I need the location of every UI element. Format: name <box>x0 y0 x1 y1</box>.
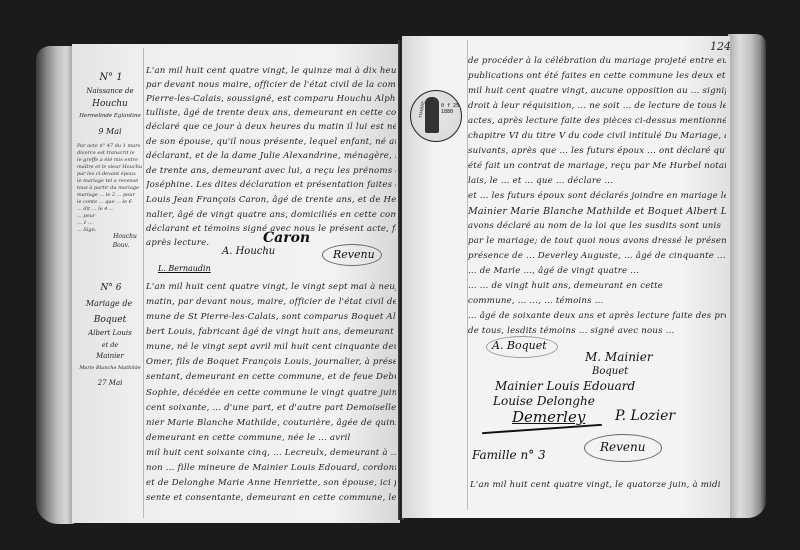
text-line: commune, ... ..., ... témoins ... <box>468 296 726 306</box>
text-line: de tous, lesdits témoins ... signé avec … <box>468 326 708 336</box>
text-line: publications ont été faites en cette com… <box>468 71 726 81</box>
entry2-date: 27 Mai <box>78 380 142 388</box>
text-line: par devant nous maire, officier de l'éta… <box>146 80 396 90</box>
text-line: lais, le ... et ... que ... déclare ... <box>468 176 726 186</box>
text-line: bert Louis, fabricant âgé de vingt huit … <box>146 327 396 337</box>
text-line: été fait un contrat de mariage, reçu par… <box>468 161 726 171</box>
text-line: Mainier Marie Blanche Mathilde et Boquet… <box>468 206 726 217</box>
text-line: mil huit cent soixante cinq, ... Lecreul… <box>146 448 396 458</box>
annotation-line: maître et le sieur Houchu <box>77 164 143 170</box>
entry1-number: N° 1 <box>80 72 142 83</box>
entry1-margin-initial: Bouv. <box>104 243 138 250</box>
entry1-margin-initial: Houchu <box>108 234 142 241</box>
text-line: mune de St Pierre-les-Calais, sont compa… <box>146 312 396 322</box>
text-line: par le mariage; de tout quoi nous avons … <box>468 236 726 246</box>
text-line: ... de Marie ..., âgé de vingt quatre ..… <box>468 266 726 276</box>
text-line: nalier, âgé de vingt quatre ans, domicil… <box>146 210 396 220</box>
text-line: Sophie, décédée en cette commune le ving… <box>146 388 396 398</box>
text-line: de trente ans, demeurant avec lui, a reç… <box>146 166 396 176</box>
text-line: après lecture. <box>146 238 226 248</box>
text-line: actes, après lecture faite des pièces ci… <box>468 116 726 126</box>
annotation-line: le greffe a été mis entre <box>77 157 143 163</box>
text-line: et ... les futurs époux sont déclarés jo… <box>468 191 726 201</box>
stamp-value: 0 f 25 1880 <box>441 103 459 115</box>
signature-mainier-louis-edouard: Mainier Louis Edouard <box>495 379 635 393</box>
text-line: demeurant en cette commune, née le ... a… <box>146 433 396 443</box>
text-line: suivants, après que ... les futurs époux… <box>468 146 726 156</box>
signature-flourish <box>584 434 662 462</box>
next-entry-start: L'an mil huit cent quatre vingt, le quat… <box>470 480 726 490</box>
annotation-line: le mariage tel a recensé <box>77 178 143 184</box>
annotation-line: mariage ... le 2 ... pour <box>77 192 143 198</box>
signature-louise-delonghe: Louise Delonghe <box>493 394 595 408</box>
text-line: nier Marie Blanche Mathilde, couturière,… <box>146 418 396 428</box>
text-line: Omer, fils de Boquet François Louis, jou… <box>146 357 396 367</box>
annotation-line: ... dit ... le 4 ... <box>77 206 143 212</box>
text-line: présence de ... Deverley Auguste, ... âg… <box>468 251 726 261</box>
text-line: sente et consentante, demeurant en cette… <box>146 493 396 503</box>
text-line: non ... fille mineure de Mainier Louis E… <box>146 463 396 473</box>
signature-flourish <box>322 244 382 266</box>
annotation-line: Par acte n° 47 du 1 mars <box>77 143 143 149</box>
signature-boquet: Boquet <box>592 366 628 377</box>
annotation-line: ... pour <box>77 213 143 219</box>
entry2-bride-surname: Mainier <box>78 353 142 361</box>
text-line: sentant, demeurant en cette commune, et … <box>146 372 396 382</box>
text-line: de son épouse, qu'il nous présente, lequ… <box>146 137 396 147</box>
signature-bernaudin: L. Bernaudin <box>158 264 211 273</box>
entry2-and: et de <box>78 342 142 349</box>
text-line: avons déclaré au nom de la loi que les s… <box>468 221 726 231</box>
text-line: mil huit cent quatre vingt, aucune oppos… <box>468 86 726 96</box>
text-line: Louis Jean François Caron, âgé de trente… <box>146 195 396 205</box>
entry2-bride-names: Marie Blanche Mathilde <box>74 366 146 372</box>
text-line: Pierre-les-Calais, soussigné, est compar… <box>146 94 396 104</box>
entry2-type: Mariage de <box>76 300 142 309</box>
stamp-year: 1880 <box>441 109 459 115</box>
entry2-groom-surname: Boquet <box>78 316 142 326</box>
entry1-surname: Houchu <box>78 100 142 110</box>
text-line: cent soixante, ... d'une part, et d'autr… <box>146 403 396 413</box>
signature-caron: Caron <box>263 230 310 246</box>
text-line: déclaré que ce jour à deux heures du mat… <box>146 122 396 132</box>
signature-p-lozier: P. Lozier <box>615 408 675 424</box>
stamp-figure-icon <box>425 97 439 133</box>
text-line: L'an mil huit cent quatre vingt, le quin… <box>146 66 396 76</box>
entry1-type: Naissance de <box>78 88 142 96</box>
book-edge-left <box>36 46 74 524</box>
text-line: Joséphine. Les dites déclaration et prés… <box>146 180 396 190</box>
signature-flourish <box>486 336 558 358</box>
tax-stamp: 0 f 25 1880 TIMBRE <box>410 90 462 142</box>
annotation-line: par les ci-devant époux <box>77 171 143 177</box>
entry2-number: N° 6 <box>80 284 142 294</box>
text-line: matin, par devant nous, maire, officier … <box>146 297 396 307</box>
text-line: déclarant, et de la dame Julie Alexandri… <box>146 151 396 161</box>
text-line: chapitre VI du titre V du code civil int… <box>468 131 726 141</box>
annotation-line: divorce est transcrit le <box>77 150 143 156</box>
text-line: tulliste, âgé de trente deux ans, demeur… <box>146 108 396 118</box>
family-note: Famille n° 3 <box>472 448 546 462</box>
book-edge-right <box>728 34 766 518</box>
text-line: de procéder à la célébration du mariage … <box>468 56 726 66</box>
text-line: ... ... de vingt huit ans, demeurant en … <box>468 281 726 291</box>
annotation-line: tous à partir du mariage <box>77 185 143 191</box>
entry1-date: 9 Mai <box>78 128 142 137</box>
signature-m-mainier: M. Mainier <box>585 350 653 364</box>
text-line: droit à leur réquisition, ... ne soit ..… <box>468 101 726 111</box>
annotation-line: ... 1 ... <box>77 220 143 226</box>
entry2-groom-names: Albert Louis <box>78 330 142 338</box>
annotation-line: le conte ... que ... le 6 <box>77 199 143 205</box>
page-number: 124 <box>710 40 731 53</box>
entry1-given-names: Hermelinde Eglantine <box>74 113 146 119</box>
text-line: L'an mil huit cent quatre vingt, le ving… <box>146 282 396 292</box>
text-line: mune, né le vingt sept avril mil huit ce… <box>146 342 396 352</box>
text-line: ... âgé de soixante deux ans et après le… <box>468 311 726 321</box>
signature-houchu: A. Houchu <box>222 246 275 257</box>
signature-demerley: Demerley <box>512 408 585 426</box>
text-line: et de Delonghe Marie Anne Henriette, son… <box>146 478 396 488</box>
